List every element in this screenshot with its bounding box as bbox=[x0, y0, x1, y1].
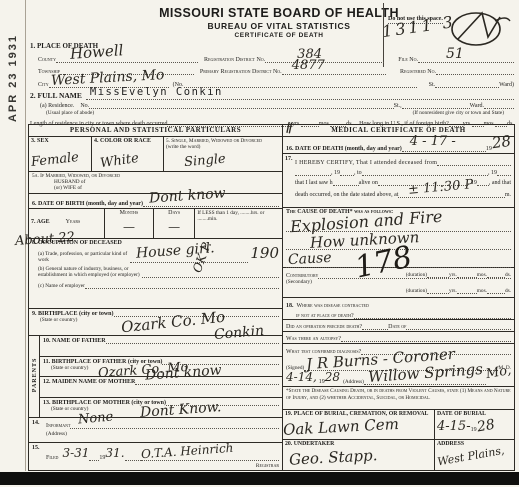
certify-blank3 bbox=[340, 169, 354, 176]
signed-date-value: 4-14, bbox=[286, 371, 317, 383]
informant-field: None bbox=[70, 422, 279, 429]
age-months-value: — bbox=[107, 221, 151, 233]
medical-title-row: ∥ MEDICAL CERTIFICATE OF DEATH bbox=[283, 125, 514, 137]
certify-19a: , 19 bbox=[331, 170, 340, 176]
autopsy-label: Was there an autopsy? bbox=[286, 336, 341, 342]
bureau-subtitle: BUREAU OF VITAL STATISTICS bbox=[143, 21, 415, 31]
informant-row: 14. Informant None (Address) bbox=[29, 418, 282, 443]
place-of-death-section: 1. PLACE OF DEATH County Howell Registra… bbox=[30, 41, 514, 88]
dod-value: 4 - 17 - bbox=[410, 135, 456, 148]
sex-value: Female bbox=[30, 150, 89, 169]
occupation-a-label: (a) Trade, profession, or particular kin… bbox=[38, 251, 130, 263]
registration-district-label: Registration District No. bbox=[204, 57, 265, 63]
address-field: Willow Springs bbox=[364, 378, 486, 385]
undertaker-row: 20. UNDERTAKER Geo. Stapp. ADDRESS West … bbox=[283, 440, 514, 470]
duration2-mos: mos. bbox=[477, 288, 487, 294]
undertaker-address-cell: ADDRESS West Plains, bbox=[434, 440, 514, 470]
abode-note: (Usual place of abode) bbox=[46, 110, 94, 116]
residence-no-field bbox=[89, 102, 393, 109]
file-no-value: 51 bbox=[446, 47, 464, 61]
certify-blank2 bbox=[295, 169, 331, 176]
address-state-value: Mo, bbox=[485, 364, 512, 381]
address-label: (Address) bbox=[343, 379, 364, 385]
filed-year-value: 31. bbox=[105, 447, 124, 459]
certify-blank8 bbox=[477, 179, 489, 186]
residence-ward-field bbox=[484, 102, 514, 109]
duration2-ds-field bbox=[487, 287, 505, 294]
residence-label: (a) Residence. bbox=[40, 103, 74, 109]
certify-19b: , 19 bbox=[488, 170, 497, 176]
burial-place-cell: 19. PLACE OF BURIAL, CREMATION, OR REMOV… bbox=[283, 410, 434, 439]
primary-district-label: Primary Registration District No. bbox=[200, 69, 282, 75]
duration2-yrs: yrs. bbox=[449, 288, 457, 294]
informant-value: None bbox=[78, 411, 114, 427]
certify-blank1 bbox=[437, 159, 511, 166]
autopsy-field bbox=[341, 335, 511, 342]
informant-number: 14. bbox=[32, 420, 40, 426]
where-number: 18. bbox=[286, 303, 294, 309]
where-label2: if not at place of death? bbox=[296, 313, 354, 319]
occupation-code-number: 190 bbox=[250, 246, 279, 261]
sex-cell: 3. SEX Female bbox=[29, 137, 91, 171]
age-months-cell: Months — bbox=[104, 209, 153, 238]
footnote-row: *State the Disease Causing Death, or in … bbox=[283, 387, 514, 410]
registrar-field: O.T.A. Heinrich bbox=[141, 454, 279, 461]
informant-address-label: (Address) bbox=[46, 431, 279, 437]
age-row: 7. AGE Years About 22 Months — Days — If… bbox=[29, 209, 282, 239]
parents-side-label: PARENTS bbox=[29, 336, 40, 417]
age-days-cell: Days — bbox=[153, 209, 194, 238]
certify-line1: I HEREBY CERTIFY, That I attended deceas… bbox=[295, 160, 437, 166]
death-certificate-scan: APR 23 1931 MISSOURI STATE BOARD OF HEAL… bbox=[0, 0, 519, 487]
duration2-yrs-field bbox=[427, 287, 449, 294]
personal-title: PERSONAL AND STATISTICAL PARTICULARS bbox=[29, 125, 282, 137]
operation-row: Did an operation precede death? Date of bbox=[283, 320, 514, 332]
occupation-c-field bbox=[85, 282, 279, 289]
dod-year-value: 28 bbox=[491, 134, 512, 152]
dob-field: Dont know bbox=[143, 200, 279, 207]
age-label: 7. AGE bbox=[31, 219, 50, 225]
filed-row: 15. Filed 3-31 19 31. O.T.A. Heinrich Re… bbox=[29, 443, 282, 470]
filed-label: Filed bbox=[46, 455, 58, 461]
full-name-value: MissEvelyn Conkin bbox=[90, 87, 223, 98]
father-value: Conkin bbox=[213, 324, 264, 342]
father-name-row: 10. NAME OF FATHER Conkin bbox=[40, 336, 282, 357]
mother-field: Dont know bbox=[135, 378, 279, 385]
form-name: CERTIFICATE OF DEATH bbox=[143, 32, 415, 39]
primary-district-field: 4877 bbox=[282, 68, 386, 75]
full-name-section: 2. FULL NAME MissEvelyn Conkin (a) Resid… bbox=[30, 87, 514, 127]
received-date-stamp: APR 23 1931 bbox=[7, 28, 19, 128]
autopsy-row: Was there an autopsy? bbox=[283, 332, 514, 344]
burial-row: 19. PLACE OF BURIAL, CREMATION, OR REMOV… bbox=[283, 410, 514, 440]
sex-label: 3. SEX bbox=[31, 138, 89, 144]
age-months-label: Months bbox=[107, 210, 151, 216]
occupation-c-label: (c) Name of employer bbox=[38, 283, 85, 289]
burial-date-label: DATE OF BURIAL bbox=[437, 411, 512, 417]
filed-dots bbox=[89, 454, 99, 461]
filed-number: 15. bbox=[32, 445, 40, 451]
sex-race-marital-row: 3. SEX Female 4. COLOR OR RACE White 5. … bbox=[29, 137, 282, 172]
residence-no-label: No. bbox=[80, 103, 89, 109]
signed-date-address-row: 4-14, 19 28 (Address) Willow Springs Mo, bbox=[283, 372, 514, 387]
file-number-box: Do not use this space. 1311 3 bbox=[388, 7, 514, 25]
registrar-label: Registrar bbox=[32, 463, 279, 469]
residence-st-field bbox=[402, 102, 470, 109]
certify-blank5 bbox=[497, 169, 511, 176]
burial-value: Oak Lawn Cem bbox=[283, 415, 433, 438]
county-label: County bbox=[38, 57, 56, 63]
nonresident-note: (If nonresident give city or town and St… bbox=[413, 110, 504, 116]
stray-mark: ∥ bbox=[285, 121, 294, 134]
marital-cell: 5. Single, Married, Widowed or Divorced … bbox=[163, 137, 282, 171]
duration2-ds: ds. bbox=[505, 288, 511, 294]
contributory-row: 178 Contributory (Secondary) (duration) … bbox=[283, 268, 514, 298]
certify-number: 17. bbox=[285, 156, 293, 162]
mother-value: Dont know bbox=[145, 364, 222, 383]
certify-m-label: m. bbox=[505, 192, 511, 198]
undertaker-address-value: West Plains, bbox=[437, 444, 513, 468]
duration2-label: (duration) bbox=[406, 288, 427, 294]
scan-edge-bar bbox=[0, 472, 519, 485]
signed-year-value: 28 bbox=[325, 371, 340, 383]
board-title: MISSOURI STATE BOARD OF HEALTH bbox=[143, 6, 415, 20]
burial-year-prefix: 19 bbox=[471, 427, 477, 433]
occupation-b-label: (b) General nature of industry, business… bbox=[38, 266, 142, 278]
dod-field: 4 - 17 - bbox=[402, 145, 486, 152]
residence-st-label: St., bbox=[394, 103, 402, 109]
filed-date-value: 3-31 bbox=[62, 447, 89, 459]
certify-line2b: alive on bbox=[359, 180, 378, 186]
age-less-cell: If LESS than 1 day, ........hrs. or ....… bbox=[194, 209, 282, 238]
registered-no-label: Registered No. bbox=[400, 69, 436, 75]
father-field: Conkin bbox=[106, 337, 279, 344]
where-field bbox=[354, 312, 511, 319]
county-value: Howell bbox=[70, 43, 124, 62]
personal-particulars-column: PERSONAL AND STATISTICAL PARTICULARS 3. … bbox=[29, 125, 283, 470]
dob-label: 6. DATE OF BIRTH (month, day and year) bbox=[32, 201, 143, 207]
dob-value: Dont know bbox=[149, 186, 226, 205]
parents-block: PARENTS 10. NAME OF FATHER Conkin 11. BI… bbox=[29, 336, 282, 418]
certify-blank6 bbox=[333, 179, 359, 186]
where-contracted-row: 18. Where was disease contracted if not … bbox=[283, 298, 514, 320]
certify-line3: death occurred, on the date stated above… bbox=[295, 192, 398, 198]
time-field: ± 11:30 P bbox=[398, 191, 504, 198]
full-name-label: 2. FULL NAME bbox=[30, 91, 82, 100]
informant-label: Informant bbox=[46, 423, 70, 429]
occupation-a-field: House girl. bbox=[130, 256, 248, 263]
operation-field bbox=[362, 323, 388, 330]
occupation-row: 8. OCCUPATION OF DECEASED (a) Trade, pro… bbox=[29, 239, 282, 310]
file-no-field: 51 bbox=[418, 56, 514, 63]
mother-label: 12. MAIDEN NAME OF MOTHER bbox=[43, 379, 135, 385]
undertaker-value: Geo. Stapp. bbox=[289, 445, 433, 467]
operation-date-field bbox=[406, 323, 511, 330]
residence-ward-label: Ward. bbox=[470, 103, 484, 109]
filed-dots2 bbox=[125, 454, 141, 461]
footnote-text: *State the Disease Causing Death, or in … bbox=[286, 388, 511, 402]
marital-value: Single bbox=[184, 148, 281, 169]
full-name-field: MissEvelyn Conkin bbox=[86, 93, 514, 100]
where-label: Where was disease contracted bbox=[297, 303, 369, 309]
certify-blank4 bbox=[362, 169, 488, 176]
age-years-cell: 7. AGE Years About 22 bbox=[29, 209, 104, 238]
certify-row: 17. I HEREBY CERTIFY, That I attended de… bbox=[283, 154, 514, 208]
mother-name-row: 12. MAIDEN NAME OF MOTHER Dont know bbox=[40, 377, 282, 398]
race-cell: 4. COLOR OR RACE White bbox=[91, 137, 163, 171]
certify-line2a: that I last saw h bbox=[295, 180, 333, 186]
certify-line2c: , and that bbox=[489, 180, 511, 186]
operation-date-label: Date of bbox=[388, 324, 406, 330]
undertaker-cell: 20. UNDERTAKER Geo. Stapp. bbox=[283, 440, 434, 470]
county-field: Howell bbox=[56, 56, 198, 63]
registered-no-field bbox=[436, 68, 514, 75]
certify-to: , to bbox=[354, 170, 362, 176]
form-header: MISSOURI STATE BOARD OF HEALTH BUREAU OF… bbox=[143, 6, 415, 39]
mother-birthplace-row: 13. BIRTHPLACE OF MOTHER (city or town) … bbox=[40, 398, 282, 418]
burial-year-value: 28 bbox=[476, 418, 496, 435]
registrar-value: O.T.A. Heinrich bbox=[140, 442, 233, 460]
dod-label: 16. DATE OF DEATH (month, day and year) bbox=[286, 146, 402, 152]
burial-date-value: 4-15- bbox=[437, 420, 471, 433]
date-of-death-row: 16. DATE OF DEATH (month, day and year) … bbox=[283, 137, 514, 154]
primary-district-value: 4877 bbox=[292, 59, 325, 72]
dob-row: 6. DATE OF BIRTH (month, day and year) D… bbox=[29, 194, 282, 209]
burial-date-cell: DATE OF BURIAL 4-15- 19 28 bbox=[434, 410, 514, 439]
age-years-label: Years bbox=[66, 219, 81, 225]
age-days-value: — bbox=[156, 221, 192, 233]
race-label: 4. COLOR OR RACE bbox=[94, 138, 161, 144]
file-no-label: File No. bbox=[398, 57, 418, 63]
dod-year-prefix: 19 bbox=[486, 146, 492, 152]
cause-line3-value: Cause bbox=[288, 251, 332, 267]
medical-certificate-column: ∥ MEDICAL CERTIFICATE OF DEATH 16. DATE … bbox=[283, 125, 514, 470]
operation-label: Did an operation precede death? bbox=[286, 324, 362, 330]
age-less-label: If LESS than 1 day, ........hrs. or ....… bbox=[197, 210, 280, 222]
duration2-mos-field bbox=[457, 287, 477, 294]
father-label: 10. NAME OF FATHER bbox=[43, 338, 106, 344]
form-body: PERSONAL AND STATISTICAL PARTICULARS 3. … bbox=[28, 124, 515, 471]
race-value: White bbox=[99, 149, 161, 170]
time-of-death-value: ± 11:30 P bbox=[408, 178, 474, 197]
age-days-label: Days bbox=[156, 210, 192, 216]
medical-title: MEDICAL CERTIFICATE OF DEATH bbox=[331, 126, 465, 134]
occupation-b-field: OK P. bbox=[142, 271, 279, 278]
